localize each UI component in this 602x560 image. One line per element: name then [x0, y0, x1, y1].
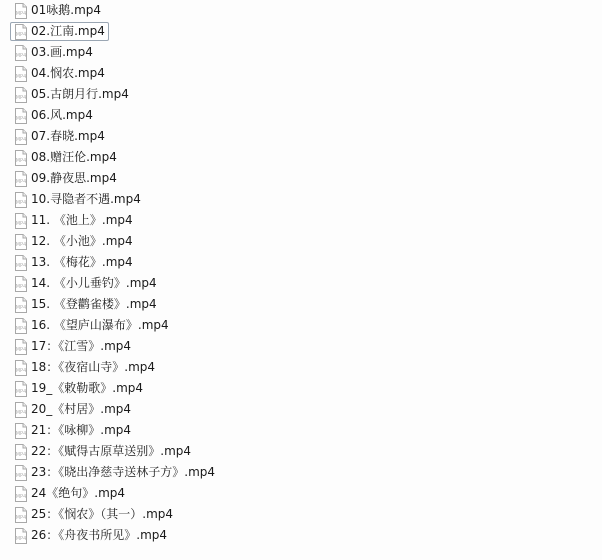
svg-text:MP4: MP4 — [16, 431, 27, 437]
file-name: 03.画.mp4 — [31, 43, 93, 62]
file-name: 01咏鹅.mp4 — [31, 1, 101, 20]
file-name: 12. 《小池》.mp4 — [31, 232, 133, 251]
svg-text:MP4: MP4 — [16, 473, 27, 479]
svg-text:MP4: MP4 — [16, 452, 27, 458]
file-item[interactable]: MP4 02.江南.mp4 — [10, 22, 109, 41]
file-item[interactable]: MP4 13. 《梅花》.mp4 — [10, 253, 137, 272]
svg-text:MP4: MP4 — [16, 53, 27, 59]
file-name: 22：《赋得古原草送别》.mp4 — [31, 442, 191, 461]
file-item[interactable]: MP4 05.古朗月行.mp4 — [10, 85, 133, 104]
mp4-file-icon: MP4 — [14, 108, 28, 124]
file-item[interactable]: MP4 24《绝句》.mp4 — [10, 484, 129, 503]
file-item[interactable]: MP4 26：《舟夜书所见》.mp4 — [10, 526, 171, 545]
svg-text:MP4: MP4 — [16, 368, 27, 374]
file-item[interactable]: MP4 03.画.mp4 — [10, 43, 97, 62]
file-item[interactable]: MP4 19_《敕勒歌》.mp4 — [10, 379, 147, 398]
mp4-file-icon: MP4 — [14, 465, 28, 481]
svg-text:MP4: MP4 — [16, 221, 27, 227]
file-item[interactable]: MP4 17：《江雪》.mp4 — [10, 337, 135, 356]
mp4-file-icon: MP4 — [14, 192, 28, 208]
file-item[interactable]: MP4 18：《夜宿山寺》.mp4 — [10, 358, 159, 377]
file-name: 02.江南.mp4 — [31, 22, 105, 41]
file-item[interactable]: MP4 11. 《池上》.mp4 — [10, 211, 137, 230]
svg-text:MP4: MP4 — [16, 494, 27, 500]
file-name: 26：《舟夜书所见》.mp4 — [31, 526, 167, 545]
file-item[interactable]: MP4 23：《晓出净慈寺送林子方》.mp4 — [10, 463, 219, 482]
mp4-file-icon: MP4 — [14, 213, 28, 229]
svg-text:MP4: MP4 — [16, 515, 27, 521]
file-item[interactable]: MP4 21：《咏柳》.mp4 — [10, 421, 135, 440]
file-name: 21：《咏柳》.mp4 — [31, 421, 131, 440]
file-item[interactable]: MP4 09.静夜思.mp4 — [10, 169, 121, 188]
file-item[interactable]: MP4 14. 《小儿垂钓》.mp4 — [10, 274, 161, 293]
file-name: 07.春晓.mp4 — [31, 127, 105, 146]
file-name: 17：《江雪》.mp4 — [31, 337, 131, 356]
file-name: 24《绝句》.mp4 — [31, 484, 125, 503]
file-name: 05.古朗月行.mp4 — [31, 85, 129, 104]
svg-text:MP4: MP4 — [16, 305, 27, 311]
svg-text:MP4: MP4 — [16, 389, 27, 395]
mp4-file-icon: MP4 — [14, 339, 28, 355]
file-name: 10.寻隐者不遇.mp4 — [31, 190, 141, 209]
svg-text:MP4: MP4 — [16, 32, 27, 38]
file-name: 08.赠汪伦.mp4 — [31, 148, 117, 167]
mp4-file-icon: MP4 — [14, 444, 28, 460]
file-name: 16. 《望庐山瀑布》.mp4 — [31, 316, 169, 335]
mp4-file-icon: MP4 — [14, 318, 28, 334]
file-item[interactable]: MP4 04.悯农.mp4 — [10, 64, 109, 83]
file-item[interactable]: MP4 16. 《望庐山瀑布》.mp4 — [10, 316, 173, 335]
mp4-file-icon: MP4 — [14, 129, 28, 145]
svg-text:MP4: MP4 — [16, 179, 27, 185]
file-item[interactable]: MP4 15. 《登鹳雀楼》.mp4 — [10, 295, 161, 314]
file-name: 15. 《登鹳雀楼》.mp4 — [31, 295, 157, 314]
file-name: 06.风.mp4 — [31, 106, 93, 125]
mp4-file-icon: MP4 — [14, 423, 28, 439]
mp4-file-icon: MP4 — [14, 402, 28, 418]
mp4-file-icon: MP4 — [14, 24, 28, 40]
file-item[interactable]: MP4 22：《赋得古原草送别》.mp4 — [10, 442, 195, 461]
file-item[interactable]: MP4 06.风.mp4 — [10, 106, 97, 125]
svg-text:MP4: MP4 — [16, 263, 27, 269]
file-item[interactable]: MP4 10.寻隐者不遇.mp4 — [10, 190, 145, 209]
svg-text:MP4: MP4 — [16, 158, 27, 164]
svg-text:MP4: MP4 — [16, 137, 27, 143]
mp4-file-icon: MP4 — [14, 507, 28, 523]
svg-text:MP4: MP4 — [16, 326, 27, 332]
file-item[interactable]: MP4 07.春晓.mp4 — [10, 127, 109, 146]
file-item[interactable]: MP4 12. 《小池》.mp4 — [10, 232, 137, 251]
mp4-file-icon: MP4 — [14, 45, 28, 61]
svg-text:MP4: MP4 — [16, 242, 27, 248]
svg-text:MP4: MP4 — [16, 347, 27, 353]
mp4-file-icon: MP4 — [14, 171, 28, 187]
svg-text:MP4: MP4 — [16, 200, 27, 206]
mp4-file-icon: MP4 — [14, 486, 28, 502]
svg-text:MP4: MP4 — [16, 95, 27, 101]
mp4-file-icon: MP4 — [14, 276, 28, 292]
svg-text:MP4: MP4 — [16, 74, 27, 80]
file-item[interactable]: MP4 25：《悯农》（其一）.mp4 — [10, 505, 177, 524]
file-name: 20_《村居》.mp4 — [31, 400, 131, 419]
file-name: 25：《悯农》（其一）.mp4 — [31, 505, 173, 524]
mp4-file-icon: MP4 — [14, 87, 28, 103]
svg-text:MP4: MP4 — [16, 284, 27, 290]
svg-text:MP4: MP4 — [16, 536, 27, 542]
file-name: 14. 《小儿垂钓》.mp4 — [31, 274, 157, 293]
svg-text:MP4: MP4 — [16, 116, 27, 122]
file-name: 04.悯农.mp4 — [31, 64, 105, 83]
mp4-file-icon: MP4 — [14, 381, 28, 397]
mp4-file-icon: MP4 — [14, 297, 28, 313]
file-name: 13. 《梅花》.mp4 — [31, 253, 133, 272]
mp4-file-icon: MP4 — [14, 234, 28, 250]
svg-text:MP4: MP4 — [16, 410, 27, 416]
mp4-file-icon: MP4 — [14, 66, 28, 82]
file-item[interactable]: MP4 01咏鹅.mp4 — [10, 1, 105, 20]
file-name: 23：《晓出净慈寺送林子方》.mp4 — [31, 463, 215, 482]
mp4-file-icon: MP4 — [14, 255, 28, 271]
mp4-file-icon: MP4 — [14, 528, 28, 544]
file-item[interactable]: MP4 08.赠汪伦.mp4 — [10, 148, 121, 167]
mp4-file-icon: MP4 — [14, 3, 28, 19]
svg-text:MP4: MP4 — [16, 11, 27, 17]
mp4-file-icon: MP4 — [14, 150, 28, 166]
file-name: 19_《敕勒歌》.mp4 — [31, 379, 143, 398]
file-name: 11. 《池上》.mp4 — [31, 211, 133, 230]
file-name: 18：《夜宿山寺》.mp4 — [31, 358, 155, 377]
file-item[interactable]: MP4 20_《村居》.mp4 — [10, 400, 135, 419]
mp4-file-icon: MP4 — [14, 360, 28, 376]
file-name: 09.静夜思.mp4 — [31, 169, 117, 188]
